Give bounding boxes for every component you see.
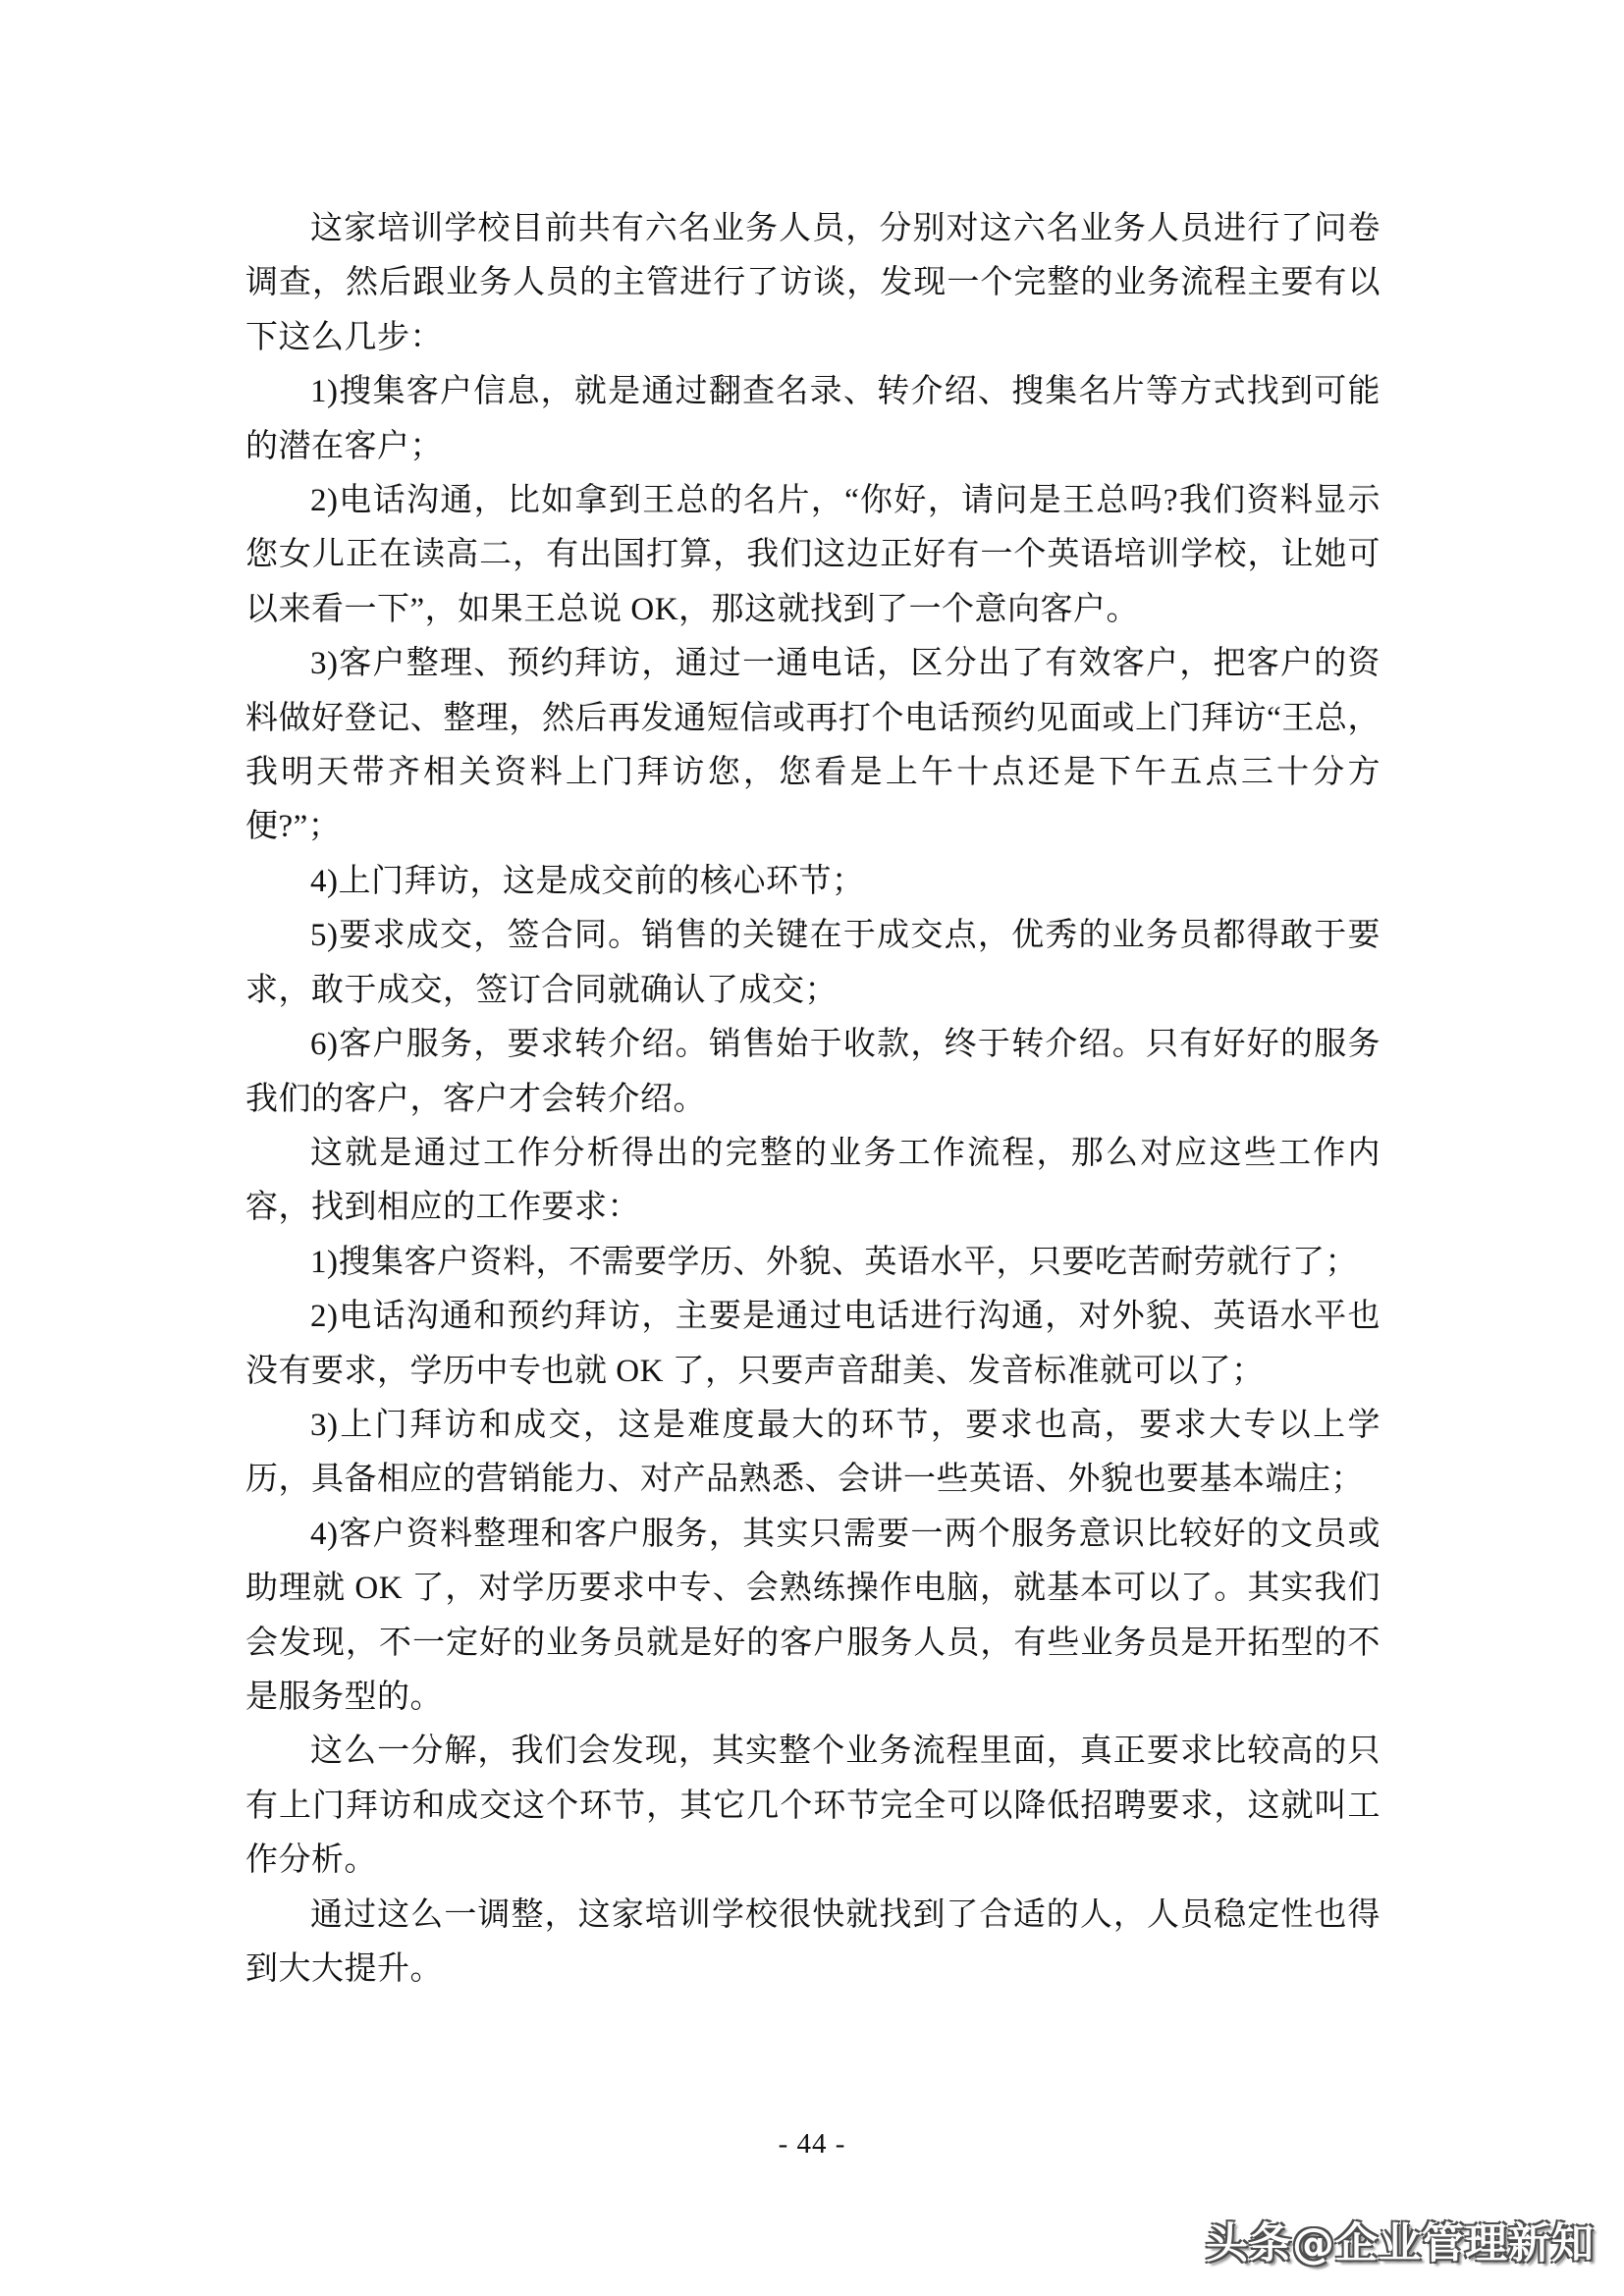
paragraph: 2)电话沟通，比如拿到王总的名片，“你好，请问是王总吗?我们资料显示您女儿正在读… <box>245 474 1380 637</box>
paragraph: 6)客户服务，要求转介绍。销售始于收款，终于转介绍。只有好好的服务我们的客户，客… <box>245 1018 1380 1127</box>
page-number: - 44 - <box>0 2128 1624 2161</box>
paragraph: 2)电话沟通和预约拜访，主要是通过电话进行沟通，对外貌、英语水平也没有要求，学历… <box>245 1290 1380 1399</box>
paragraph: 3)上门拜访和成交，这是难度最大的环节，要求也高，要求大专以上学历，具备相应的营… <box>245 1399 1380 1508</box>
paragraph: 1)搜集客户资料，不需要学历、外貌、英语水平，只要吃苦耐劳就行了； <box>245 1236 1380 1290</box>
paragraph: 这就是通过工作分析得出的完整的业务工作流程，那么对应这些工作内容，找到相应的工作… <box>245 1127 1380 1236</box>
paragraph: 4)客户资料整理和客户服务，其实只需要一两个服务意识比较好的文员或助理就 OK … <box>245 1508 1380 1726</box>
paragraph: 这家培训学校目前共有六名业务人员，分别对这六名业务人员进行了问卷调查，然后跟业务… <box>245 202 1380 365</box>
document-body: 这家培训学校目前共有六名业务人员，分别对这六名业务人员进行了问卷调查，然后跟业务… <box>245 202 1380 1997</box>
watermark-toutiao: 头条@企业管理新知 <box>1206 2211 1595 2270</box>
paragraph: 1)搜集客户信息，就是通过翻查名录、转介绍、搜集名片等方式找到可能的潜在客户； <box>245 365 1380 474</box>
paragraph: 通过这么一调整，这家培训学校很快就找到了合适的人，人员稳定性也得到大大提升。 <box>245 1889 1380 1998</box>
paragraph: 5)要求成交，签合同。销售的关键在于成交点，优秀的业务员都得敢于要求，敢于成交，… <box>245 909 1380 1018</box>
paragraph: 3)客户整理、预约拜访，通过一通电话，区分出了有效客户，把客户的资料做好登记、整… <box>245 637 1380 855</box>
paragraph: 4)上门拜访，这是成交前的核心环节； <box>245 855 1380 909</box>
document-page: 这家培训学校目前共有六名业务人员，分别对这六名业务人员进行了问卷调查，然后跟业务… <box>0 0 1624 2296</box>
paragraph: 这么一分解，我们会发现，其实整个业务流程里面，真正要求比较高的只有上门拜访和成交… <box>245 1725 1380 1888</box>
